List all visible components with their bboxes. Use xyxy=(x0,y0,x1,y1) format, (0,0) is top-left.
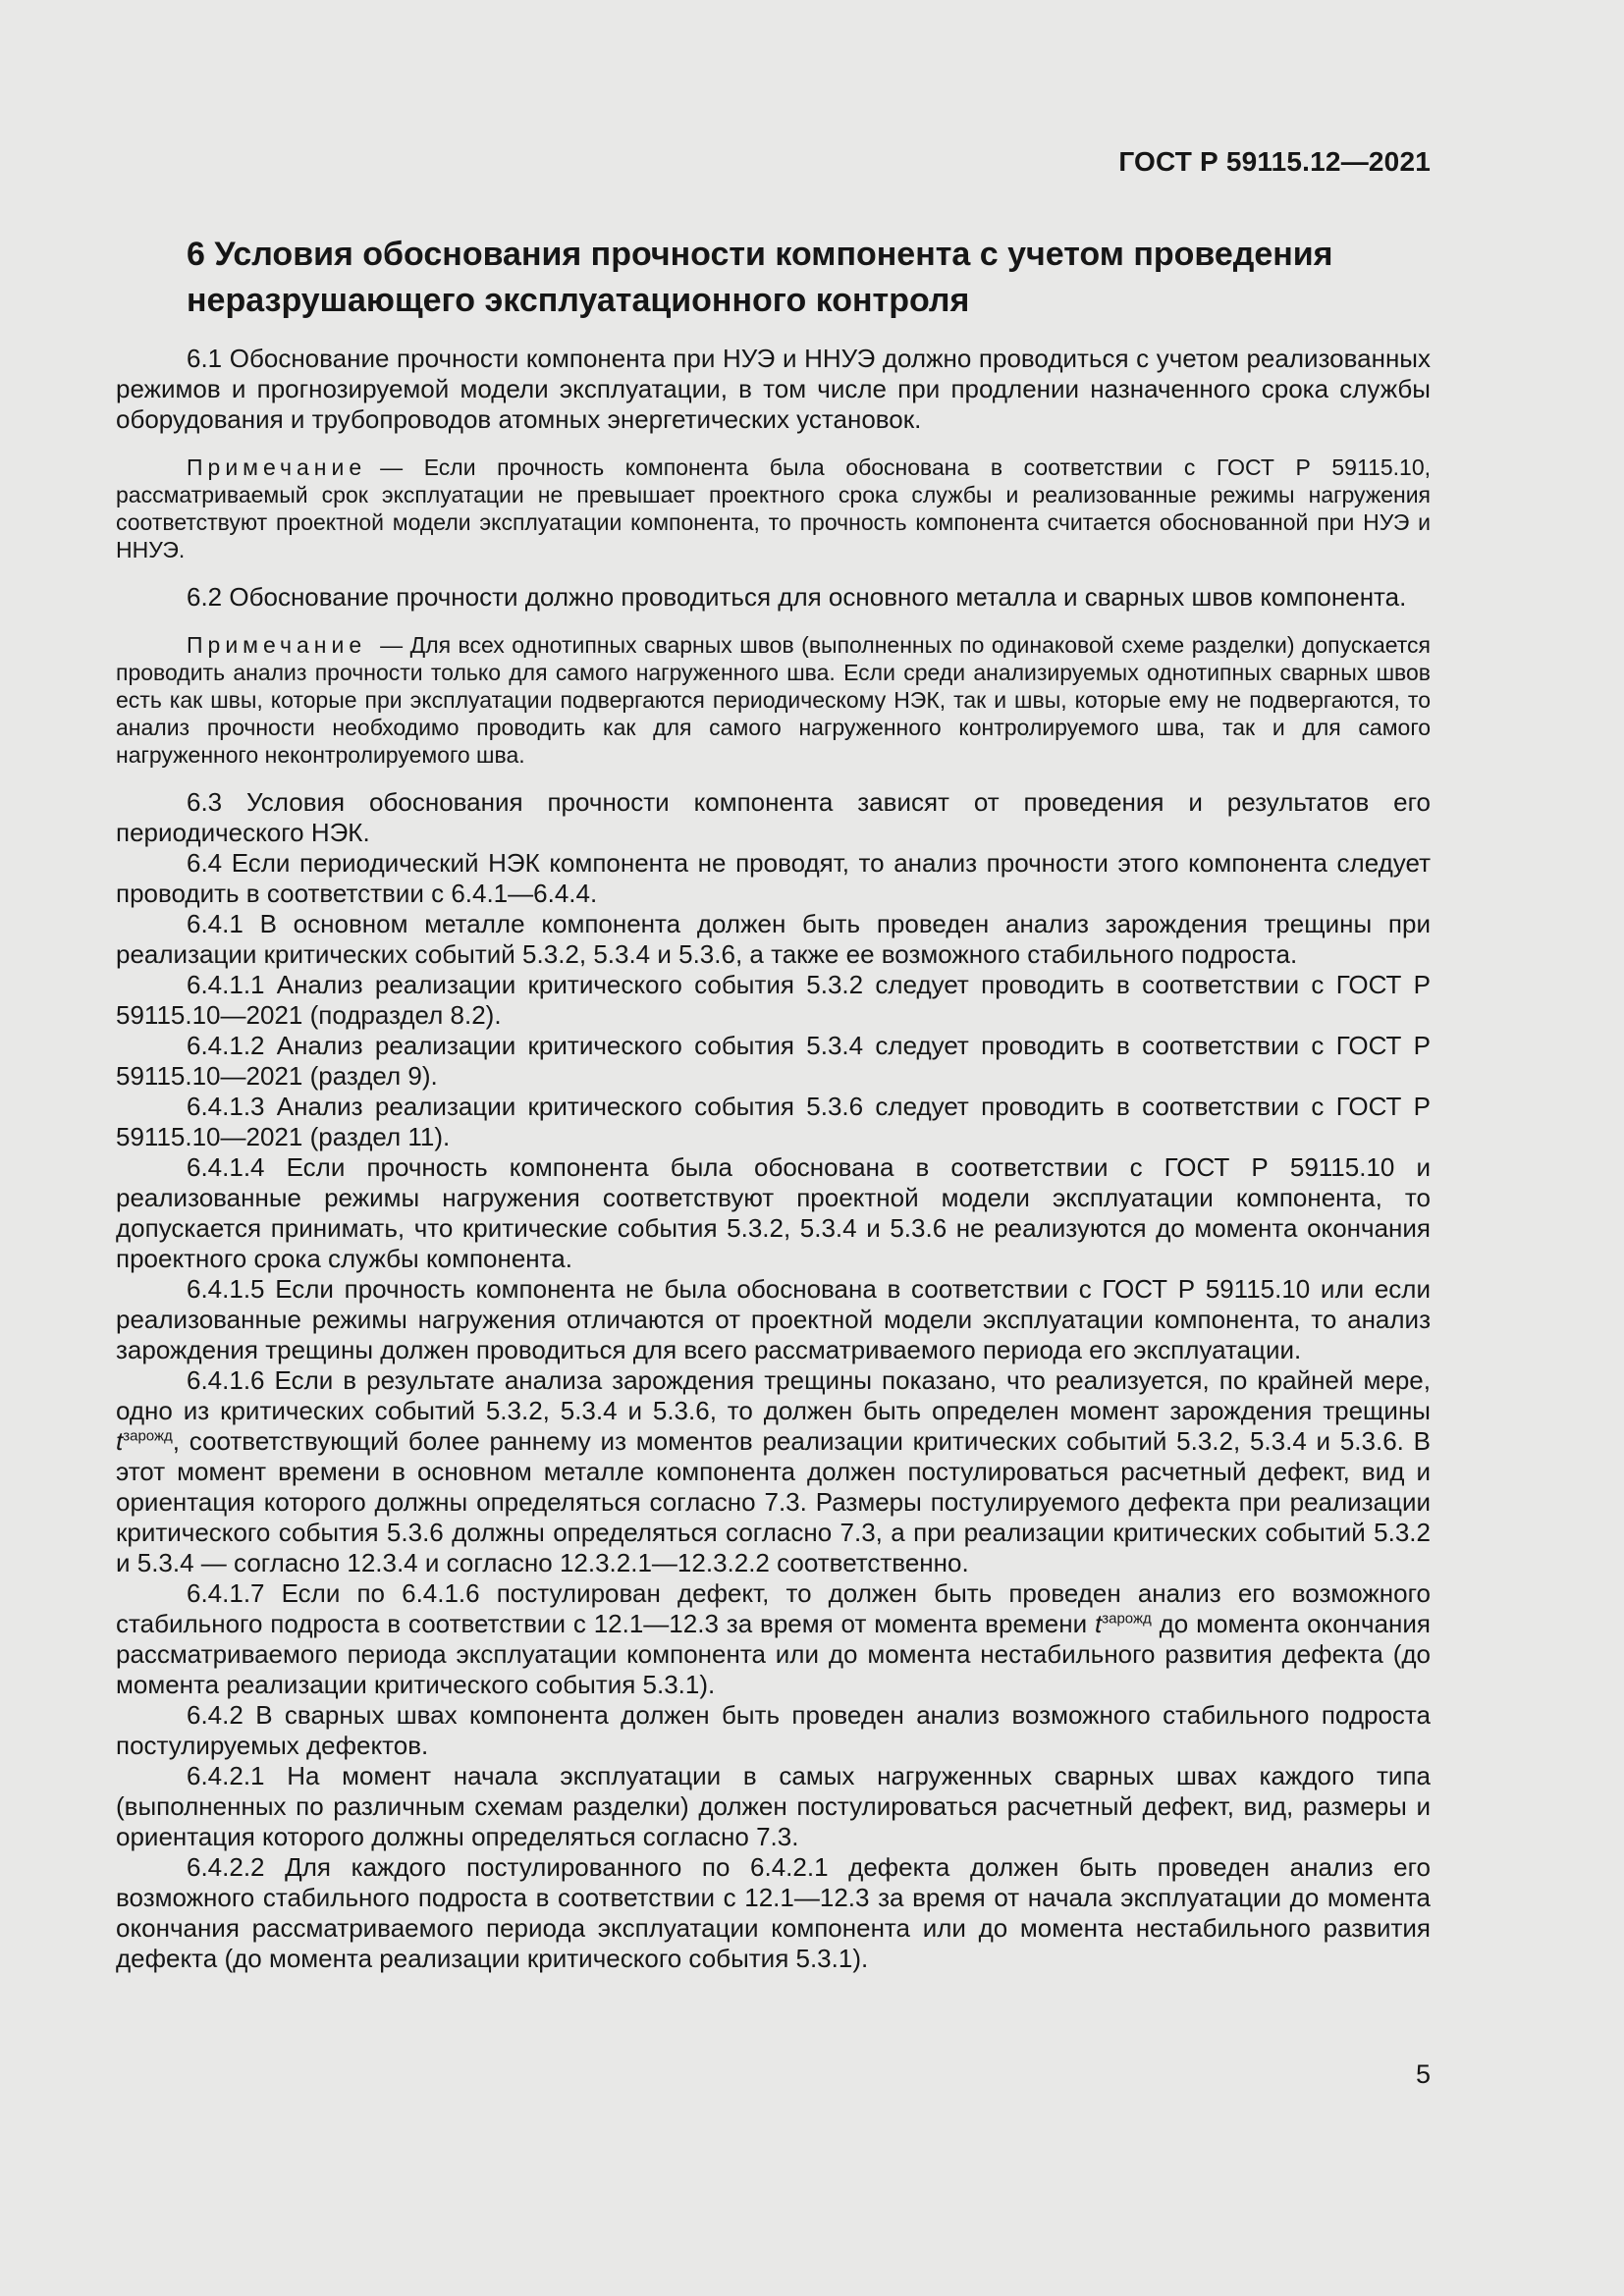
paragraph-6-3: 6.3 Условия обоснования прочности компон… xyxy=(116,787,1431,848)
page-number: 5 xyxy=(1416,2059,1431,2089)
paragraph-text: 6.4.1.6 Если в результате анализа зарожд… xyxy=(116,1365,1431,1425)
paragraph-6-4-1-3: 6.4.1.3 Анализ реализации критического с… xyxy=(116,1092,1431,1152)
paragraph-6-4-1-7: 6.4.1.7 Если по 6.4.1.6 постулирован деф… xyxy=(116,1578,1431,1700)
note-label: Примечание xyxy=(187,632,366,658)
paragraph-6-4-1-4: 6.4.1.4 Если прочность компонента была о… xyxy=(116,1152,1431,1274)
paragraph-6-4-1-6: 6.4.1.6 Если в результате анализа зарожд… xyxy=(116,1365,1431,1578)
paragraph-6-4-2-2: 6.4.2.2 Для каждого постулированного по … xyxy=(116,1852,1431,1974)
section-heading: 6 Условия обоснования прочности компонен… xyxy=(187,232,1394,324)
paragraph-6-4-2-1: 6.4.2.1 На момент начала эксплуатации в … xyxy=(116,1761,1431,1852)
superscript-zarozhd: зарожд xyxy=(123,1427,173,1444)
paragraph-6-4: 6.4 Если периодический НЭК компонента не… xyxy=(116,848,1431,909)
note-label: Примечание xyxy=(187,454,366,480)
paragraph-6-2: 6.2 Обоснование прочности должно проводи… xyxy=(116,582,1431,613)
doc-code-header: ГОСТ Р 59115.12—2021 xyxy=(116,147,1431,177)
paragraph-6-4-1-1: 6.4.1.1 Анализ реализации критического с… xyxy=(116,970,1431,1031)
note-6-1: Примечание— Если прочность компонента бы… xyxy=(116,454,1431,563)
paragraph-6-4-1-2: 6.4.1.2 Анализ реализации критического с… xyxy=(116,1031,1431,1092)
document-page: ГОСТ Р 59115.12—2021 6 Условия обоснован… xyxy=(0,0,1624,2296)
paragraph-6-1: 6.1 Обоснование прочности компонента при… xyxy=(116,344,1431,435)
paragraph-text: , соответствующий более раннему из момен… xyxy=(116,1426,1431,1577)
page-content-column: ГОСТ Р 59115.12—2021 6 Условия обоснован… xyxy=(116,0,1431,1974)
superscript-zarozhd: зарожд xyxy=(1102,1610,1152,1627)
paragraph-6-4-1-5: 6.4.1.5 Если прочность компонента не был… xyxy=(116,1274,1431,1365)
note-6-2: Примечание— Для всех однотипных сварных … xyxy=(116,631,1431,769)
paragraph-6-4-2: 6.4.2 В сварных швах компонента должен б… xyxy=(116,1700,1431,1761)
paragraph-6-4-1: 6.4.1 В основном металле компонента долж… xyxy=(116,909,1431,970)
body-text: 6.1 Обоснование прочности компонента при… xyxy=(116,344,1431,1974)
